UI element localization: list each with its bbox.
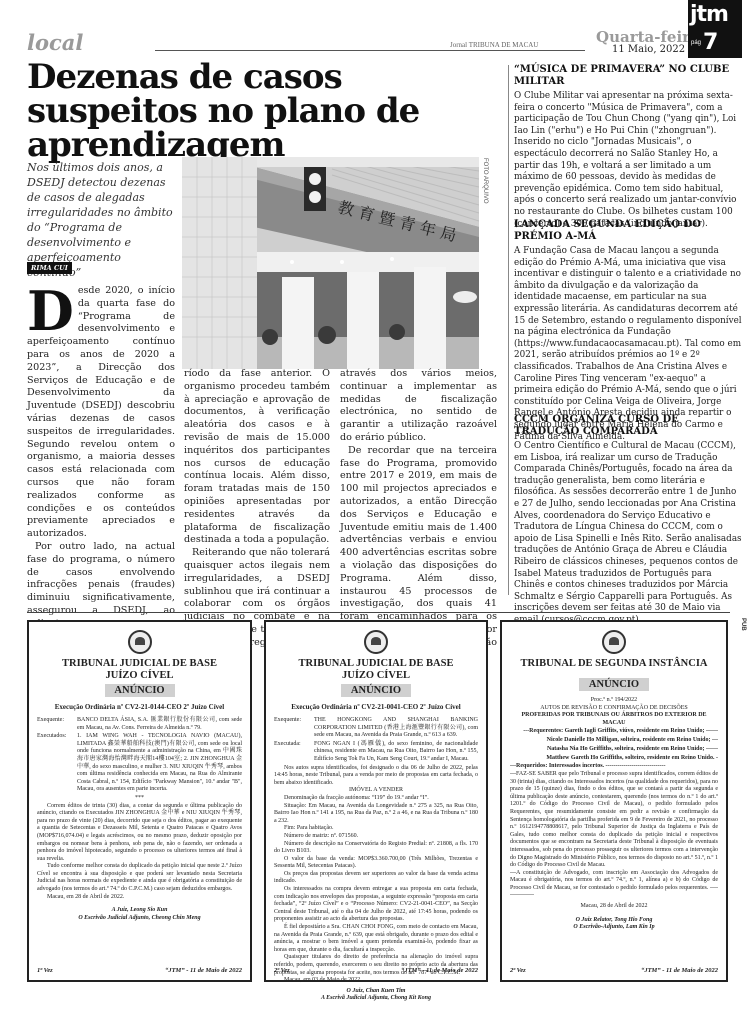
notice-requerente: ---Requerentes: Gareth Iagli Griffits, v… [510,727,718,736]
notice-signature: A Juiz, Leong Sio Kun O Escrivão Judicia… [37,907,242,922]
notice-footer: 2ª Vez “JTM” - 11 de Maio de 2022 [510,967,718,974]
notice-requerente: Natasha Nia Ho Griffiths, solteira, resi… [510,745,718,754]
notice-text: ---FAZ-SE SABER que pelo Tribunal e proc… [510,771,718,870]
notice-text: É fiel depositário a Sra. CHAN CHOI FONG… [274,924,478,954]
notice-party-row: Executada: FONG NGAN I (馮雁儀), do sexo fe… [274,741,478,764]
drop-cap: D [27,288,74,334]
notice-text: Os interessados na compra devem entregar… [274,886,478,924]
legal-notice-1: TRIBUNAL JUDICIAL DE BASE JUÍZO CÍVEL AN… [27,620,252,982]
notice-reference: Execução Ordinária nº CV2-21-0041-CEO 2º… [274,703,478,711]
article-paragraph: ríodo da fase anterior. O organismo proc… [184,368,330,547]
brief-body: O Centro Científico e Cultural de Macau … [514,441,742,627]
notice-detail: Fim: Para habitação. [274,825,478,833]
macau-emblem-icon [364,630,388,654]
notice-court: TRIBUNAL JUDICIAL DE BASE [274,658,478,670]
paper-name: Jornal TRIBUNA DE MACAU [450,41,538,49]
logo-text: jtm [690,2,728,27]
notice-detail: Denominação da fracção autónoma: “I19” d… [274,795,478,803]
brief-title: LANÇADA SEGUNDA EDIÇÃO DO PRÉMIO A-MÁ [514,219,742,242]
notice-court-section: JUÍZO CÍVEL [37,670,242,682]
notice-reference: Execução Ordinária nº CV2-21-0144-CEO 2º… [37,703,242,711]
notice-court: TRIBUNAL JUDICIAL DE BASE [37,658,242,670]
notice-detail: Número de matriz: nº. 071560. [274,833,478,841]
article-paragraph: através dos vários meios, continuar a im… [340,368,497,445]
notice-text: Os preços das propostas devem ser superi… [274,871,478,886]
notice-text: Nos autos supra identificados, foi desig… [274,765,478,788]
article-headline: Dezenas de casos suspeitos no plano de a… [27,60,507,162]
notice-separator: *** [37,795,242,803]
header-divider [155,50,585,51]
article-column-2: ríodo da fase anterior. O organismo proc… [184,368,330,662]
notice-text: Correm éditos de trinta (30) dias, a con… [37,803,242,864]
legal-notice-2: TRIBUNAL JUDICIAL DE BASE JUÍZO CÍVEL AN… [264,620,488,982]
notice-signature: O Juiz, Chan Kuen Tim A Escrivã Judicial… [274,988,478,1003]
column-divider [508,65,509,595]
notice-court: TRIBUNAL DE SEGUNDA INSTÂNCIA [510,658,718,670]
notice-footer: 1ª Vez “JTM” - 11 de Maio de 2022 [37,967,242,974]
notice-footer: 2ª Vez “JTM” - 11 de Maio de 2022 [274,967,478,974]
notice-place-date: Macau, em 03 de Maio de 2022. [274,977,478,985]
byline: RIMA CUI [27,262,72,274]
notice-requerente: Matthew Gareth Ho Griffiths, solteiro, r… [510,754,718,763]
notice-place-date: Macau, 28 de Abril de 2022 [510,903,718,911]
ads-divider [27,612,730,613]
jtm-logo: jtm pág 7 [688,0,742,58]
legal-notice-3: TRIBUNAL DE SEGUNDA INSTÂNCIA ANÚNCIO Pr… [500,620,728,982]
brief-musica-primavera: “MÚSICA DE PRIMAVERA” NO CLUBE MILITAR O… [514,64,742,230]
article-photo: 教 育 暨 青 年 局 [182,157,479,369]
notice-anuncio: ANÚNCIO [105,684,175,697]
page-label: pág [691,40,701,46]
brief-title: “MÚSICA DE PRIMAVERA” NO CLUBE MILITAR [514,64,742,87]
issue-date: 11 Maio, 2022 [612,44,685,55]
notice-signature: O Juiz Relator, Tong Hio Fong O Escrivão… [510,917,718,932]
brief-premio-a-ma: LANÇADA SEGUNDA EDIÇÃO DO PRÉMIO A-MÁ A … [514,219,742,443]
dsedj-building-photo: 教 育 暨 青 年 局 [182,157,479,369]
section-label: local [27,30,83,55]
notice-anuncio: ANÚNCIO [579,678,649,691]
notice-text: O valor da base da venda: MOP$3.360.700,… [274,856,478,871]
page-number: 7 [703,30,718,55]
macau-emblem-icon [128,630,152,654]
brief-cccm-curso: CCCM ORGANIZA CURSO DE TRADUÇÃO COMPARAD… [514,414,742,627]
notice-subtitle: PROFERIDAS POR TRIBUNAIS OU ÁRBITROS DO … [510,712,718,727]
notice-place-date: Macau, em 28 de Abril de 2022. [37,894,242,902]
notice-detail: Número de descrição na Conservatória do … [274,841,478,856]
notice-proc: Proc.º n.º 194/2022 [510,697,718,705]
macau-emblem-icon [602,630,626,654]
pub-label: PUB [740,618,746,631]
notice-requerente: Nicole Danielle Ho Milligan, solteira, r… [510,736,718,745]
notice-party-row: Executados: 1. IAM WING WAH - TECNOLOGIA… [37,733,242,794]
notice-party-row: Exequente: THE HONGKONG AND SHANGHAI BAN… [274,717,478,740]
notice-text: Tudo conforme melhor consta do duplicado… [37,863,242,893]
notice-detail: Situação: Em Macau, na Avenida da Longev… [274,803,478,826]
notice-text: ---A constituição de Advogado, com inscr… [510,870,718,900]
notice-anuncio: ANÚNCIO [341,684,411,697]
photo-credit: FOTO ARQUIVO [482,158,488,204]
notice-subhead: IMÓVEL A VENDER [274,787,478,795]
notice-party-row: Exequente: BANCO DELTA ÁSIA, S.A. 匯業銀行股份… [37,717,242,732]
article-column-3: através dos vários meios, continuar a im… [340,368,497,662]
notice-requeridos: ---Requeridos: Interessados incertos. --… [510,763,718,771]
notice-court-section: JUÍZO CÍVEL [274,670,478,682]
brief-body: O Clube Militar vai apresentar na próxim… [514,91,742,230]
brief-title: CCCM ORGANIZA CURSO DE TRADUÇÃO COMPARAD… [514,414,742,437]
